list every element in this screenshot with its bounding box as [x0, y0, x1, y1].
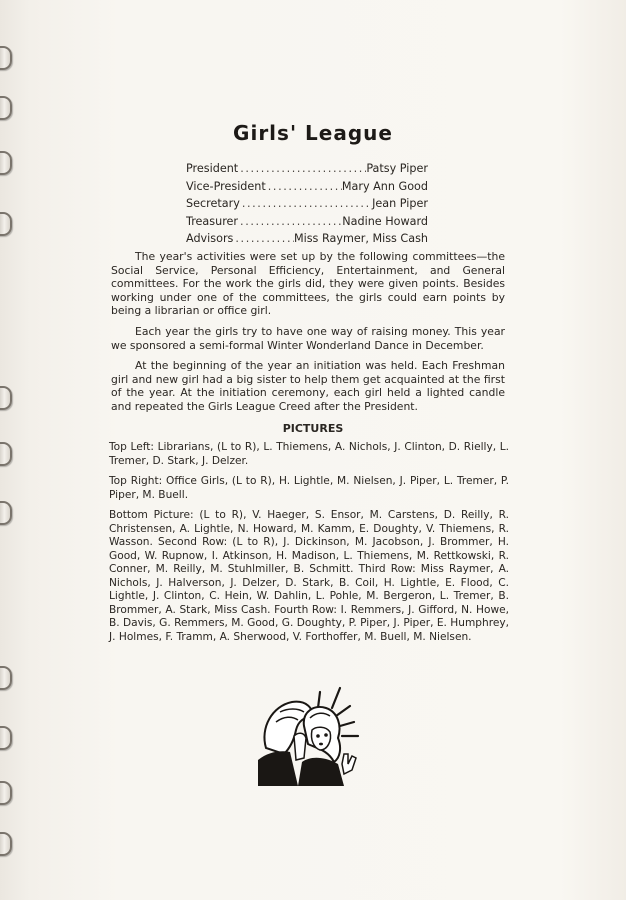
picture-captions: Top Left: Librarians, (L to R), L. Thiem…	[109, 441, 509, 651]
officer-row: Vice-President .........................…	[186, 178, 428, 196]
binder-hole	[0, 151, 12, 175]
leader-dots: ........................................…	[233, 230, 294, 248]
page-title: Girls' League	[0, 121, 626, 145]
binder-hole	[0, 666, 12, 690]
officer-role: Advisors	[186, 230, 233, 248]
binder-hole	[0, 832, 12, 856]
body-text: The year's activities were set up by the…	[111, 250, 505, 421]
leader-dots: ........................................…	[266, 178, 342, 196]
leader-dots: ........................................…	[240, 195, 372, 213]
whispering-girls-icon	[258, 678, 368, 786]
officer-name: Mary Ann Good	[342, 178, 428, 196]
caption: Bottom Picture: (L to R), V. Haeger, S. …	[109, 509, 509, 644]
binder-hole	[0, 96, 12, 120]
caption: Top Right: Office Girls, (L to R), H. Li…	[109, 475, 509, 502]
caption: Top Left: Librarians, (L to R), L. Thiem…	[109, 441, 509, 468]
binder-hole	[0, 386, 12, 410]
officer-name: Patsy Piper	[366, 160, 428, 178]
binder-hole	[0, 46, 12, 70]
officer-row: Treasurer ..............................…	[186, 213, 428, 231]
officer-name: Miss Raymer, Miss Cash	[294, 230, 428, 248]
leader-dots: ........................................…	[238, 213, 342, 231]
binder-hole	[0, 781, 12, 805]
binder-hole	[0, 442, 12, 466]
officer-role: Vice-President	[186, 178, 266, 196]
officer-row: Secretary ..............................…	[186, 195, 428, 213]
officer-name: Nadine Howard	[342, 213, 428, 231]
paragraph: Each year the girls try to have one way …	[111, 325, 505, 352]
paragraph: The year's activities were set up by the…	[111, 250, 505, 318]
pictures-heading: PICTURES	[0, 422, 626, 435]
officer-role: Secretary	[186, 195, 240, 213]
officers-list: President ..............................…	[186, 160, 428, 248]
officer-role: President	[186, 160, 238, 178]
binder-hole	[0, 726, 12, 750]
two-girls-whispering-illustration	[258, 678, 368, 786]
paragraph: At the beginning of the year an initiati…	[111, 359, 505, 413]
officer-role: Treasurer	[186, 213, 238, 231]
binder-hole	[0, 501, 12, 525]
leader-dots: ........................................…	[238, 160, 366, 178]
officer-row: Advisors ...............................…	[186, 230, 428, 248]
binder-hole	[0, 212, 12, 236]
officer-name: Jean Piper	[372, 195, 428, 213]
officer-row: President ..............................…	[186, 160, 428, 178]
